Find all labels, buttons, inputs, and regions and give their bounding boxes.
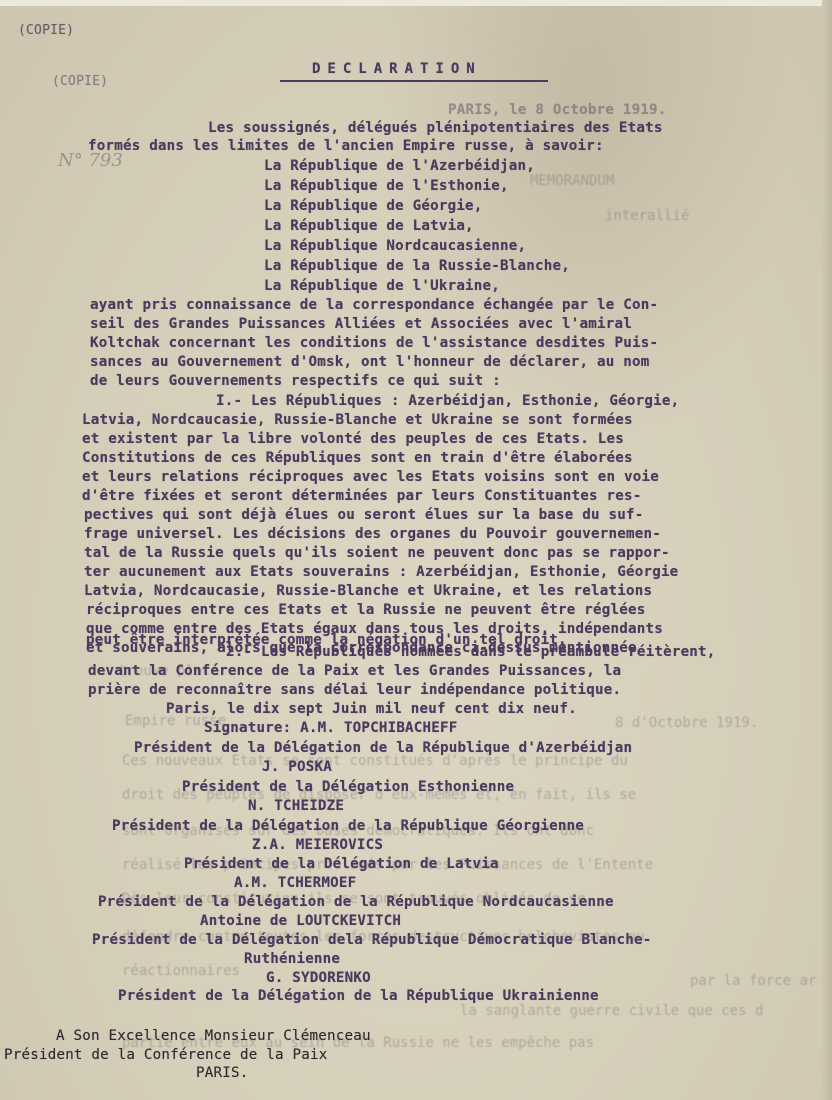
bleed-text: réactionnaires [122,962,240,980]
point2-line: 2.- Les Républiques nommées dans le préa… [226,643,716,661]
bleed-text: interallié [605,207,689,225]
page-right-edge [822,0,832,1100]
point1-line: pectives qui sont déjà élues ou seront é… [84,506,643,524]
addressee-line: A Son Excellence Monsieur Clémenceau [56,1027,371,1045]
intro-line: formés dans les limites de l'ancien Empi… [88,137,604,155]
page-top-edge [0,0,832,6]
preamble-line: seil des Grandes Puissances Alliées et A… [90,315,632,333]
addressee-line: PARIS. [196,1064,248,1082]
copie-mark: (COPIE) [18,22,74,40]
signatory-title-continued: Ruthénienne [244,950,340,968]
signatory-title: Président de la Délégation de Latvia [184,855,499,873]
signatory-title: Président de la Délégation de la Républi… [98,893,614,911]
point1-line: réciproques entre ces Etats et la Russie… [86,601,645,619]
signatory-name: J. POSKA [262,758,332,776]
signatory-name: Antoine de LOUTCKEVITCH [200,912,401,930]
point1-line: et leurs relations réciproques avec les … [82,468,659,486]
point1-line: Latvia, Nordcaucasie, Russie-Blanche et … [82,411,633,429]
republic-item: La République de l'Azerbéidjan, [264,157,535,175]
signatory-title: Président de la Délégation de la Républi… [118,987,599,1005]
document-title: DECLARATION [312,60,482,78]
signatory-title: Président de la Délégation de la Républi… [112,817,584,835]
signatory-title: Président de la Délégation dela Républiq… [92,931,651,949]
intro-line: Les soussignés, délégués plénipotentiair… [208,119,663,137]
bleed-text: 8 d'Octobre 1919. [615,714,758,732]
point1-line: d'être fixées et seront déterminées par … [82,487,641,505]
signatory-title: Président de la Délégation Esthonienne [182,778,514,796]
copie-mark: (COPIE) [52,73,108,91]
preamble-line: Koltchak concernant les conditions de l'… [90,334,658,352]
signatory-name: Z.A. MEIEROVICS [252,836,383,854]
point1-line: I.- Les Républiques : Azerbéidjan, Estho… [216,392,679,410]
addressee-line: Président de la Conférence de la Paix [4,1046,327,1064]
ghost-date: PARIS, le 8 Octobre 1919. [448,101,667,119]
point1-line: tal de la Russie quels qu'ils soient ne … [84,544,670,562]
republic-item: La République de l'Ukraine, [264,277,500,295]
republic-item: La République Nordcaucasienne, [264,237,526,255]
point1-line: frage universel. Les décisions des organ… [84,525,661,543]
republic-item: La République de Géorgie, [264,197,483,215]
signatory-name: A.M. TCHERMOEF [234,874,356,892]
document-page: MEMORANDUM interallié trouve placé Empir… [0,0,832,1100]
preamble-line: de leurs Gouvernements respectifs ce qui… [90,372,501,390]
point1-line: Constitutions de ces Républiques sont en… [82,449,633,467]
signatory-name: N. TCHEIDZE [248,797,344,815]
point2-line: prière de reconnaître sans délai leur in… [88,681,621,699]
signatory-title: Président de la Délégation de la Républi… [134,739,632,757]
bleed-text: par la force ar [690,972,816,990]
place-date: Paris, le dix sept Juin mil neuf cent di… [166,700,577,718]
point2-line: devant la Conférence de la Paix et les G… [88,662,621,680]
signatory-name: Signature: A.M. TOPCHIBACHEFF [204,719,458,737]
republic-item: La République de l'Esthonie, [264,177,509,195]
preamble-line: ayant pris connaissance de la correspond… [90,296,658,314]
point1-line: Latvia, Nordcaucasie, Russie-Blanche et … [84,582,652,600]
republic-item: La République de la Russie-Blanche, [264,257,570,275]
point1-line: ter aucunement aux Etats souverains : Az… [84,563,678,581]
title-underline [280,80,548,82]
republic-item: La République de Latvia, [264,217,474,235]
preamble-line: sances au Gouvernement d'Omsk, ont l'hon… [90,353,649,371]
bleed-text: MEMORANDUM [530,172,614,190]
signatory-name: G. SYDORENKO [266,969,371,987]
point1-line: et existent par la libre volonté des peu… [82,430,624,448]
